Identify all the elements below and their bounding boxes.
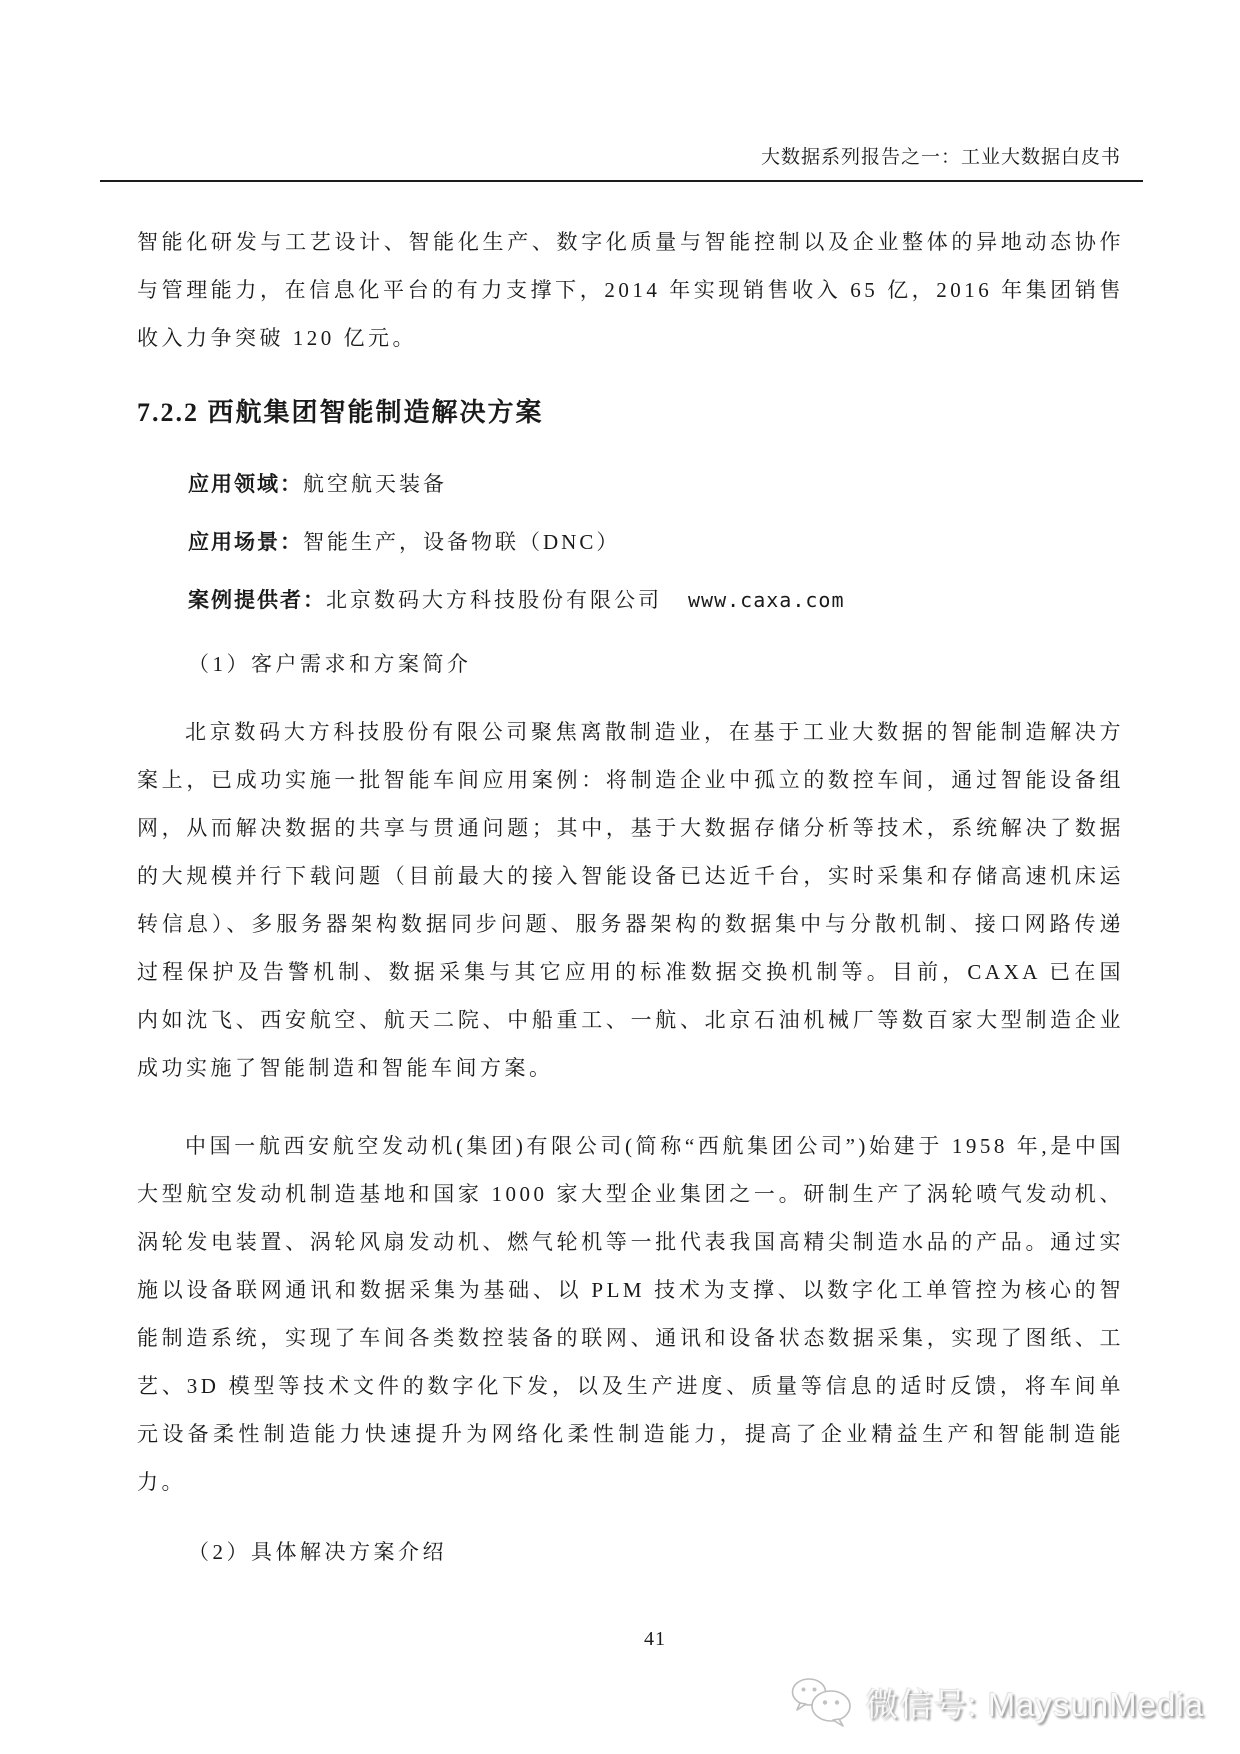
page-number: 41 [35, 1628, 1240, 1651]
header-title: 大数据系列报告之一：工业大数据白皮书 [761, 147, 1121, 168]
field-label: 案例提供者： [188, 588, 326, 612]
field-value: 智能生产，设备物联（DNC） [303, 530, 620, 554]
wechat-id-label: 微信号: MaysunMedia [865, 1679, 1204, 1726]
field-value: 北京数码大方科技股份有限公司 [326, 588, 662, 612]
subsection-1-heading: （1）客户需求和方案简介 [137, 648, 1124, 680]
wechat-watermark: 微信号: MaysunMedia [787, 1676, 1204, 1728]
provider-website-text: www.caxa.com [688, 588, 845, 612]
section-heading: 7.2.2 西航集团智能制造解决方案 [137, 392, 1124, 434]
field-case-provider: 案例提供者：北京数码大方科技股份有限公司www.caxa.com [137, 584, 1124, 616]
paragraph-company-background: 中国一航西安航空发动机(集团)有限公司(简称“西航集团公司”)始建于 1958 … [137, 1122, 1124, 1506]
page-header: 大数据系列报告之一：工业大数据白皮书 [100, 146, 1143, 182]
paragraph-continuation: 智能化研发与工艺设计、智能化生产、数字化质量与智能控制以及企业整体的异地动态协作… [137, 218, 1124, 362]
subsection-2-heading: （2）具体解决方案介绍 [137, 1536, 1124, 1568]
field-application-domain: 应用领域：航空航天装备 [137, 468, 1124, 500]
field-label: 应用领域： [188, 472, 303, 496]
wechat-icon [787, 1676, 855, 1728]
page-content: 智能化研发与工艺设计、智能化生产、数字化质量与智能控制以及企业整体的异地动态协作… [137, 218, 1124, 1568]
paragraph-solution-intro: 北京数码大方科技股份有限公司聚焦离散制造业，在基于工业大数据的智能制造解决方案上… [137, 708, 1124, 1092]
field-value: 航空航天装备 [303, 472, 447, 496]
field-label: 应用场景： [188, 530, 303, 554]
document-page: 大数据系列报告之一：工业大数据白皮书 智能化研发与工艺设计、智能化生产、数字化质… [0, 0, 1240, 1754]
field-application-scenario: 应用场景：智能生产，设备物联（DNC） [137, 526, 1124, 558]
